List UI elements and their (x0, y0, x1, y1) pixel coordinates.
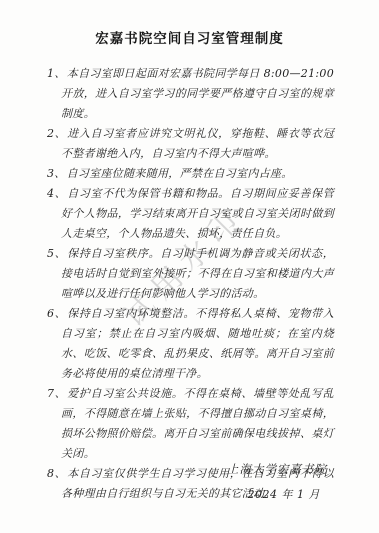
rule-item: 1、本自习室即日起面对宏嘉书院同学每日 8:00—21:00 开放，进入自习室学… (47, 64, 334, 124)
rule-number: 4、 (47, 187, 66, 200)
rule-text: 保持自习室秩序。自习时手机调为静音或关闭状态，接电话时自觉到室外接听；不得在自习… (61, 247, 334, 300)
rule-number: 3、 (47, 167, 66, 180)
rule-text: 本自习室仅供学生自习学习使用，在自习室内不得以各种理由自行组织与自习无关的其它活… (61, 467, 334, 500)
rules-list: 1、本自习室即日起面对宏嘉书院同学每日 8:00—21:00 开放，进入自习室学… (47, 64, 334, 504)
rule-item: 7、爱护自习室公共设施。不得在桌椅、墙壁等处乱写乱画，不得随意在墙上张贴，不得擅… (47, 384, 334, 464)
rule-text: 爱护自习室公共设施。不得在桌椅、墙壁等处乱写乱画，不得随意在墙上张贴，不得擅自挪… (61, 387, 334, 460)
document-page: 宏嘉书院空间自习室管理制度 试用水印 1、本自习室即日起面对宏嘉书院同学每日 8… (0, 0, 379, 533)
rule-number: 6、 (47, 307, 66, 320)
rule-item: 6、保持自习室内环境整洁。不得将私人桌椅、宠物带入自习室；禁止在自习室内吸烟、随… (47, 304, 334, 384)
rule-item: 3、自习室座位随来随用，严禁在自习室内占座。 (47, 164, 334, 184)
rule-number: 7、 (47, 387, 66, 400)
rule-item: 8、本自习室仅供学生自习学习使用，在自习室内不得以各种理由自行组织与自习无关的其… (47, 464, 334, 504)
rule-text: 保持自习室内环境整洁。不得将私人桌椅、宠物带入自习室；禁止在自习室内吸烟、随地吐… (61, 307, 334, 380)
rule-text: 本自习室即日起面对宏嘉书院同学每日 8:00—21:00 开放，进入自习室学习的… (61, 67, 334, 120)
rule-item: 5、保持自习室秩序。自习时手机调为静音或关闭状态，接电话时自觉到室外接听；不得在… (47, 244, 334, 304)
rule-item: 4、自习室不代为保管书籍和物品。自习期间应妥善保管好个人物品，学习结束离开自习室… (47, 184, 334, 244)
rule-number: 1、 (47, 67, 66, 80)
rule-item: 2、进入自习室者应讲究文明礼仪，穿拖鞋、睡衣等衣冠不整者谢绝入内，自习室内不得大… (47, 124, 334, 164)
rule-text: 自习室不代为保管书籍和物品。自习期间应妥善保管好个人物品，学习结束离开自习室或自… (61, 187, 334, 240)
rule-number: 2、 (47, 127, 66, 140)
page-title: 宏嘉书院空间自习室管理制度 (0, 27, 379, 47)
rule-number: 5、 (47, 247, 66, 260)
rule-number: 8、 (47, 467, 66, 480)
rule-text: 进入自习室者应讲究文明礼仪，穿拖鞋、睡衣等衣冠不整者谢绝入内，自习室内不得大声喧… (61, 127, 334, 160)
rule-text: 自习室座位随来随用，严禁在自习室内占座。 (67, 167, 293, 180)
